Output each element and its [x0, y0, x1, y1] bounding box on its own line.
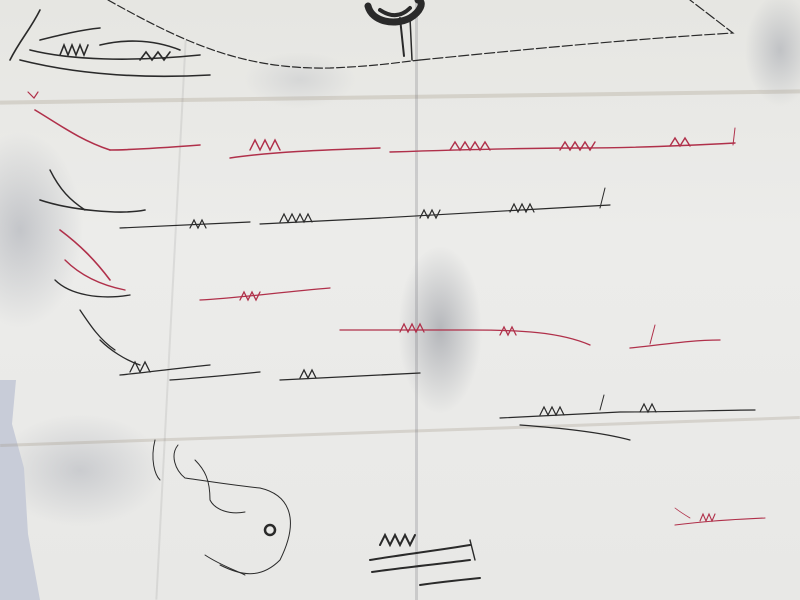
tughra-sweep-right — [420, 0, 733, 60]
manuscript-paper: Ottoman manuscript (photograph) Arabic-s… — [0, 0, 800, 600]
ink-layer — [0, 0, 800, 600]
text-line-1 — [110, 128, 735, 158]
top-heading — [10, 10, 210, 76]
margin-notes — [28, 92, 145, 365]
seal-sketch — [153, 440, 290, 575]
signature-block — [370, 535, 480, 585]
tughra — [368, 0, 421, 60]
text-line-4 — [120, 362, 420, 380]
red-note-bottom-right — [675, 508, 765, 525]
text-line-3 — [200, 288, 720, 348]
text-line-5 — [500, 395, 755, 440]
text-line-2 — [120, 188, 610, 228]
